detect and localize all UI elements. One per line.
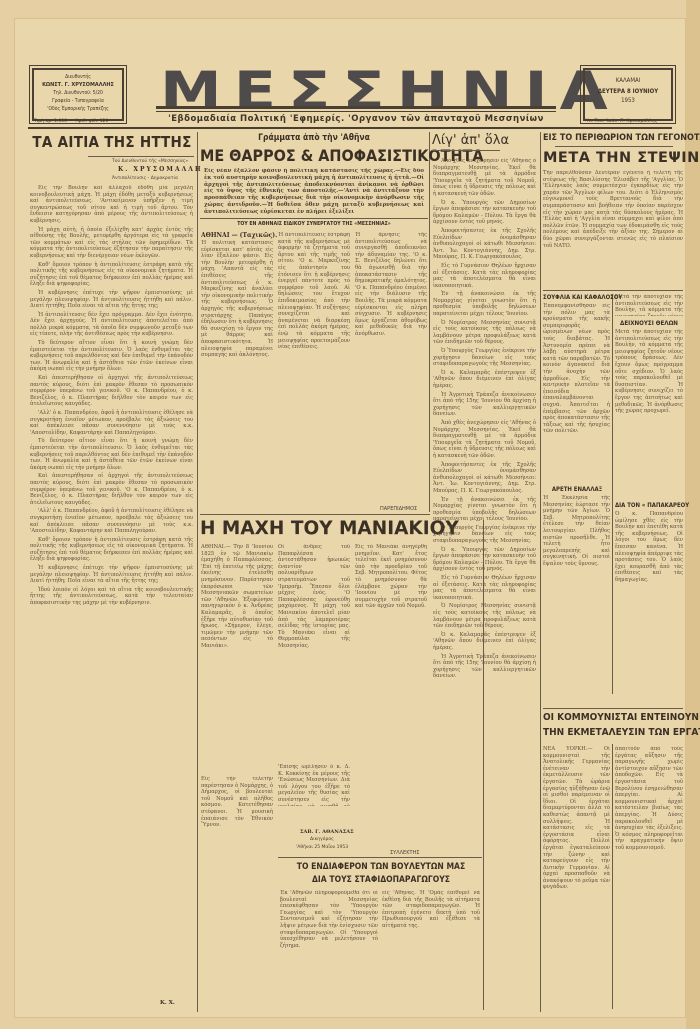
signature-date: 'Αθῆναι 25 Μαΐου 1953 bbox=[296, 845, 348, 850]
article-title-mani: Η ΜΑΧΗ ΤΟΥ ΜΑΝΙΑΚΙΟΥ bbox=[200, 518, 430, 539]
section-divider bbox=[200, 218, 428, 219]
brief-notes-list: Ἀπὸ χθὲς ἀνεχώρησεν εἰς 'Αθήνας ὁ Νομάρχ… bbox=[433, 158, 536, 1008]
subhead-3-text: Ἡ Ἐκκλησία τῆς Μεσσηνίας ἑώρτασε τὴν μνή… bbox=[543, 495, 610, 695]
brief-item: Ὁ κ. Καλαμαρᾶς ἐπέστρεψεν ἐξ 'Αθηνῶν ὅπο… bbox=[433, 370, 536, 390]
article-col-mani-1: ΑΘΗΝΑΙ.— Τὴν 8 'Ιουνίου 1825 ἐν τῷ Μανια… bbox=[201, 544, 273, 776]
article-section-athens: ΤΟΥ ΕΝ ΑΘΗΝΑΙΣ ΕΙΔΙΚΟΥ ΣΥΝΕΡΓΑΤΟΥ ΤΗΣ «Μ… bbox=[200, 221, 428, 227]
brief-item: Εἰς τὸ Γυμνάσιον Θηλέων ἤρχισαν αἱ ἐξετά… bbox=[433, 575, 536, 601]
brief-item: Ἀποφοιτήσαντες ἐκ τῆς Σχολῆς Εὐελπίδων ὀ… bbox=[433, 228, 536, 261]
brief-item: Ἀπὸ χθὲς ἀνεχώρησεν εἰς 'Αθήνας ὁ Νομάρχ… bbox=[433, 420, 536, 460]
article-kicker-athens: Γράμματα ἀπὸ τὴν 'Αθῆνα bbox=[200, 133, 428, 143]
section-divider bbox=[543, 290, 683, 291]
article-col-communists-2: ἀπαιτοῦν ἀπὸ τοὺς ἐργάτας αὔξησιν τῆς πα… bbox=[615, 746, 683, 1008]
date-box: ΚΑΛΑΜΑΙ ΔΕΥΤΕΡΑ 8 ΙΟΥΝΙΟΥ 1953 bbox=[583, 68, 673, 121]
column-divider bbox=[612, 294, 613, 694]
byline-topic: Ἀντιπολίτευσις - Δημοκρατία bbox=[112, 176, 178, 181]
article-lede-athens: Εἰς νέαν ἔξαλλον φάσιν ἡ πολιτικὴ κατάστ… bbox=[204, 168, 424, 214]
subhead-1: ΣΟΥΦΛΙΑ ΚΑΙ ΚΑΦΑΛΟΣΟΥ bbox=[543, 294, 611, 301]
brief-item: Ὁ Ὑπουργὸς Γεωργίας ἐνέκρινε τὴν χορήγησ… bbox=[433, 525, 536, 545]
issue-price: Τιμὴ ἀρ. 1.000 — 'Αριθ. φύλ. 120 bbox=[34, 119, 108, 124]
subhead-1-text: Ἐπανεμφανίσθησαν εἰς τὴν πόλιν μας τὰ κρ… bbox=[543, 303, 610, 483]
masthead-title: ΜΕΣΣΗΝΙΑ bbox=[160, 65, 552, 118]
article-col-mani-3: Εἰς τὸ Μανιάκι ἀνηγέρθη μνημεῖον. Κατ' ἔ… bbox=[355, 544, 427, 844]
byline-author: Κ. ΧΡΥΣΟΜΑΛΛΗ bbox=[118, 166, 203, 173]
article-signature-athens: ΠΑΡΕΠΙΔΗΜΟΣ bbox=[380, 506, 417, 512]
subhead-2: ΔΕΙΧΝΟΥΣΙ ΘΕΛΩΝ bbox=[615, 320, 683, 327]
issue-year: 1953 bbox=[585, 97, 671, 105]
title-underline bbox=[88, 156, 194, 157]
section-title-brief: Λίγ' ἀπ' ὅλα bbox=[432, 133, 532, 148]
continued-text: Μετὰ τὴν ἀποτυχίαν τῆς ἀντιπολιτεύσεως ε… bbox=[615, 294, 683, 316]
subhead-4: ΔΙΑ ΤΟΝ « ΠΑΠΑΚΑΡΕΟΥ bbox=[615, 502, 683, 509]
article-col-athens-2: Ἡ ἀντιπολίτευσις ἐστράφη κατὰ τῆς κυβερν… bbox=[278, 232, 350, 510]
paragraph: 'Αλλ' ὁ κ. Παπανδρέου, ἀφοῦ ἡ ἀντιπολίτε… bbox=[30, 508, 193, 534]
brief-item: Ὁ κ. Ὑπουργὸς τῶν Δημοσίων ἔργων ἀπεφάσι… bbox=[433, 200, 536, 226]
title-underline bbox=[432, 150, 500, 151]
paragraph: Ἡ ἀντιπολίτευσις δὲν ἔχει πρόγραμμα. Δὲν… bbox=[30, 312, 193, 338]
subhead-2-text: Μετὰ τὴν ἀποτυχίαν τῆς ἀντιπολιτεύσεως ε… bbox=[615, 329, 683, 507]
printer-note: 'Υπ. Τυπ. 'Ιωάν. Π. Χρυσομάλλης bbox=[585, 119, 657, 124]
article-title-communists-1: ΟΙ ΚΟΜΜΟΥΝΙΣΤΑΙ ΕΝΤΕΙΝΟΥΝ bbox=[543, 712, 683, 723]
section-divider bbox=[543, 708, 683, 709]
paragraph: Ἡ κυβέρνησις ἐπέτυχε τὴν ψῆφον ἐμπιστοσύ… bbox=[30, 290, 193, 310]
publisher-label: Διευθυντής bbox=[34, 73, 122, 81]
paragraph: Ἡ κυβέρνησις ἐπέτυχε τὴν ψῆφον ἐμπιστοσύ… bbox=[30, 565, 193, 585]
paragraph: Τὸ δεύτερον αἴτιον εἶναι ὅτι ἡ κοινὴ γνώ… bbox=[30, 340, 193, 373]
brief-item: Ἀπὸ χθὲς ἀνεχώρησεν εἰς 'Αθήνας ὁ Νομάρχ… bbox=[433, 158, 536, 198]
subhead-3: ΑΡΕΤΗ ΕΝΑΛΛΑΞ bbox=[543, 486, 611, 493]
brief-item: Ἡ Ἀγροτικὴ Τράπεζα ἀνεκοίνωσεν ὅτι ἀπὸ τ… bbox=[433, 392, 536, 418]
masthead-subtitle: 'Εβδομαδιαία Πολιτική 'Εφημερίς. 'Οργανο… bbox=[156, 114, 556, 124]
article-title-causes: ΤΑ ΑΙΤΙΑ ΤΗΣ ΗΤΤΗΣ bbox=[30, 133, 194, 151]
publisher-phone: Τηλ. Διευθυντοῦ: 5/20 bbox=[34, 89, 122, 97]
brief-item: Εἰς τὸ Γυμνάσιον Θηλέων ἤρχισαν αἱ ἐξετά… bbox=[433, 263, 536, 289]
brief-item: Ὁ κ. Καλαμαρᾶς ἐπέστρεψεν ἐξ 'Αθηνῶν ὅπο… bbox=[433, 632, 536, 652]
brief-item: Ἐν τῇ ἀνακοινώσει ἐκ τῆς Νομαρχίας γίνετ… bbox=[433, 291, 536, 317]
article-body-causes: Εἰς τὴν Βουλὴν καὶ ἀλλαχοῦ ἐδόθη μία μεγ… bbox=[30, 185, 193, 985]
brief-item: Ὁ κ. Ὑπουργὸς τῶν Δημοσίων ἔργων ἀπεφάσι… bbox=[433, 547, 536, 573]
paragraph: Καὶ ἀπεστερήθησαν οἱ ἀρχηγοὶ τῆς ἀντιπολ… bbox=[30, 473, 193, 506]
city-label: ΚΑΛΑΜΑΙ bbox=[585, 75, 671, 87]
paragraph: Καθ' ὅμοιον τρόπον ἡ ἀντιπολίτευσις ἐστρ… bbox=[30, 262, 193, 288]
column-divider bbox=[197, 132, 198, 1012]
article-title-athens: ΜΕ ΘΑΡΡΟΣ & ΑΠΟΦΑΣΙΣΤΙΚΟΤΗΤΑ bbox=[200, 146, 428, 165]
article-col-athens-3: Ἡ ἄρνησις τῆς ἀντιπολιτεύσεως νὰ συνεργα… bbox=[355, 232, 427, 500]
header-divider bbox=[28, 127, 672, 129]
article-col-mani-1b: Εἰς τὴν τελετὴν παρέστησαν ὁ Νομάρχης, ὁ… bbox=[201, 776, 273, 1006]
paragraph: 'Αλλ' ὁ κ. Παπανδρέου, ἀφοῦ ἡ ἀντιπολίτε… bbox=[30, 410, 193, 436]
column-divider bbox=[612, 744, 613, 1009]
brief-item: Ὁ Νομίατρος Μεσσηνίας συνιστᾷ εἰς τοὺς κ… bbox=[433, 603, 536, 629]
paragraph: Ἰδοὺ λοιπὸν οἱ λόγοι καὶ τὰ αἴτια τῆς κο… bbox=[30, 587, 193, 607]
brief-item: Ὁ Ὑπουργὸς Γεωργίας ἐνέκρινε τὴν χορήγησ… bbox=[433, 348, 536, 368]
issue-date: ΔΕΥΤΕΡΑ 8 ΙΟΥΝΙΟΥ bbox=[585, 87, 671, 97]
article-signature-mani-3: ΣΥΛΛΕΚΤΗΣ bbox=[390, 850, 419, 856]
paragraph: Τὸ δεύτερον αἴτιον εἶναι ὅτι ἡ κοινὴ γνώ… bbox=[30, 438, 193, 471]
column-divider bbox=[429, 132, 430, 512]
publisher-box: Διευθυντής ΚΩΝΣΤ. Γ. ΧΡΥΣΟΜΑΛΛΗΣ Τηλ. Δι… bbox=[32, 68, 124, 121]
article-signature-mani: ΣΑΒ. Γ. ΑΘΑΝΑΣΑΣ bbox=[300, 829, 354, 835]
article-col-mani-2b: 'Επίσης ὡμίλησεν ὁ κ. Δ. Κ. Κοκκίνης ἐκ … bbox=[278, 764, 350, 806]
article-col-communists-1: ΝΕΑ ΥΟΡΚΗ.— Οἱ κομμουνισταὶ τῆς Ἀνατολικ… bbox=[543, 746, 610, 1008]
paragraph: Καθ' ὅμοιον τρόπον ἡ ἀντιπολίτευσις ἐστρ… bbox=[30, 537, 193, 563]
paragraph: Καὶ ἀπεστερήθησαν οἱ ἀρχηγοὶ τῆς ἀντιπολ… bbox=[30, 375, 193, 408]
article-kicker-after: ΕΙΣ ΤΟ ΠΕΡΙΘΩΡΙΟΝ ΤΩΝ ΓΕΓΟΝΟΤΩΝ bbox=[543, 133, 683, 143]
publisher-address: 'Οδὸς Ἐμπορικῆς Τραπέζης bbox=[34, 105, 122, 113]
byline-pre: Τοῦ Διευθυντοῦ τῆς «Μεσσηνίας» bbox=[112, 159, 188, 164]
paragraph: Εἰς τὴν Βουλὴν καὶ ἀλλαχοῦ ἐδόθη μία μεγ… bbox=[30, 185, 193, 225]
article-signature: Κ. Χ. bbox=[160, 1000, 175, 1006]
section-divider bbox=[200, 514, 430, 515]
article-dateline: ΑΘΗΝΑΙ — (Ταχικῶς). bbox=[201, 232, 277, 239]
paragraph: Ἡ μάχη αὐτὴ, ἡ ὁποία ἐξελίχθη κατ' ἀρχὰς… bbox=[30, 227, 193, 260]
signature-role: Δικηγόρος bbox=[310, 837, 334, 842]
publisher-name: ΚΩΝΣΤ. Γ. ΧΡΥΣΟΜΑΛΛΗΣ bbox=[34, 81, 122, 89]
brief-item: Ἀποφοιτήσαντες ἐκ τῆς Σχολῆς Εὐελπίδων ὀ… bbox=[433, 462, 536, 495]
masthead-rule-thin bbox=[156, 111, 556, 112]
publisher-offices: Γραφεῖα - Τυπογραφεῖα bbox=[34, 97, 122, 105]
article-lede-after: Τὴν παρελθοῦσαν Δευτέραν ἐγένετο ἡ τελετ… bbox=[543, 170, 683, 288]
article-col-deputies-1: Ἐκ 'Αθηνῶν πληροφορούμεθα ὅτι οἱ βουλευτ… bbox=[280, 890, 378, 1008]
subhead-4-text: Ὁ κ. Παπανδρέου ὡμίλησε χθὲς εἰς τὴν Βου… bbox=[615, 511, 683, 694]
article-col-mani-2: Οἱ ἄνδρες τοῦ Παπαφλέσσα ἀντεστάθησαν ἡρ… bbox=[278, 544, 350, 764]
title-underline bbox=[555, 146, 673, 147]
article-title-communists-2: ΤΗΝ ΕΚΜΕΤΑΛΕΥΣΙΝ ΤΩΝ ΕΡΓΑΤΩΝ bbox=[543, 727, 683, 738]
brief-item: Ἐν τῇ ἀνακοινώσει ἐκ τῆς Νομαρχίας γίνετ… bbox=[433, 497, 536, 523]
article-col-athens-1: Ἡ πολιτικὴ κατάστασις εὑρίσκεται κατ' αὐ… bbox=[201, 240, 273, 510]
article-title-after: ΜΕΤΑ ΤΗΝ ΣΤΕΨΙΝ bbox=[543, 150, 683, 166]
brief-item: Ὁ Νομίατρος Μεσσηνίας συνιστᾷ εἰς τοὺς κ… bbox=[433, 320, 536, 346]
brief-item: Ἡ Ἀγροτικὴ Τράπεζα ἀνεκοίνωσεν ὅτι ἀπὸ τ… bbox=[433, 654, 536, 680]
masthead-rule bbox=[156, 106, 556, 109]
column-divider bbox=[540, 132, 541, 1012]
